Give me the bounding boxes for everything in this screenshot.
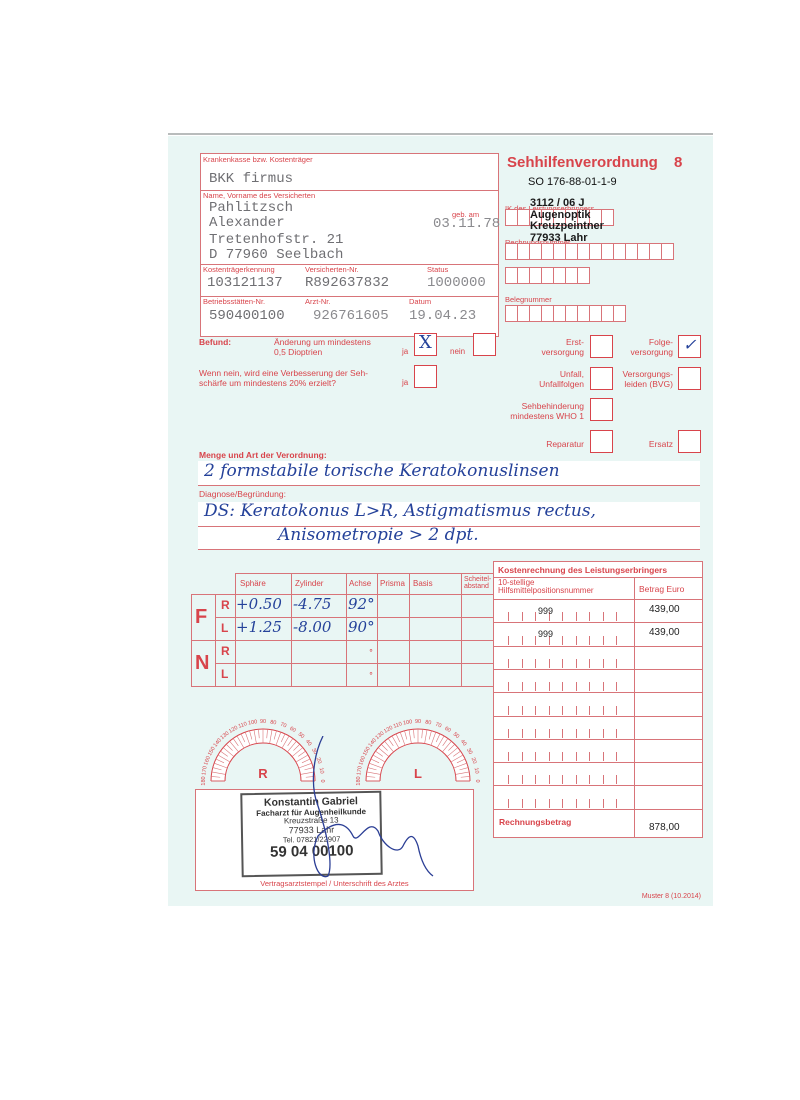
grid-line [494, 669, 702, 670]
digit-tick [589, 659, 590, 668]
digit-tick [562, 706, 563, 715]
grid-line [494, 739, 702, 740]
cylinder-value: -4.75 [293, 597, 331, 612]
digit-tick [549, 752, 550, 761]
label-line: Ersatz [649, 439, 673, 449]
unfall-checkbox[interactable] [590, 367, 613, 390]
digit-tick [589, 775, 590, 784]
digit-tick [522, 752, 523, 761]
digit-tick [549, 706, 550, 715]
digit-tick [535, 706, 536, 715]
payer-id-value: 103121137 [207, 276, 283, 290]
digit-tick [603, 729, 604, 738]
q1-yes-checkbox[interactable]: X [414, 333, 437, 356]
insurer-label: Krankenkasse bzw. Kostenträger [203, 156, 313, 164]
grid-line [494, 762, 702, 763]
digit-tick [535, 682, 536, 691]
column-header: Scheitel-abstand [464, 576, 494, 590]
form-version: Muster 8 (10.2014) [642, 893, 701, 900]
label-line: Unfallfolgen [539, 379, 584, 389]
svg-text:10: 10 [473, 767, 480, 774]
digit-tick [535, 752, 536, 761]
diagnosis-field-line1[interactable]: DS: Keratokonus L>R, Astigmatismus rectu… [198, 502, 700, 527]
digit-tick [603, 706, 604, 715]
label-line: Reparatur [546, 439, 584, 449]
digit-tick [562, 799, 563, 808]
total-value: 878,00 [649, 822, 680, 833]
digit-tick [576, 799, 577, 808]
digit-tick [603, 682, 604, 691]
provider-stamp: 3112 / 06 J Augenoptik Kreuzpeintner 779… [530, 198, 604, 244]
digit-tick [576, 682, 577, 691]
erstversorgung-checkbox[interactable] [590, 335, 613, 358]
date-value: 19.04.23 [409, 309, 476, 323]
group-label: F [195, 606, 207, 629]
svg-text:40: 40 [459, 739, 468, 748]
svg-text:R: R [258, 766, 268, 781]
column-header: Prisma [380, 579, 405, 588]
city: D 77960 Seelbach [209, 248, 343, 262]
digit-tick [589, 729, 590, 738]
provider-stamp-line: 77933 Lahr [530, 233, 604, 245]
site-no-label: Betriebsstätten-Nr. [203, 298, 265, 306]
digit-tick [589, 682, 590, 691]
digit-tick [603, 636, 604, 645]
q2-yes-checkbox[interactable] [414, 365, 437, 388]
grid-line [494, 716, 702, 717]
group-label: N [195, 652, 209, 675]
insured-no-value: R892637832 [305, 276, 389, 290]
invoice-digit-boxes-row2[interactable] [505, 267, 590, 284]
cost-title: Kostenrechnung des Leistungserbringers [498, 565, 667, 575]
grid-line [494, 622, 702, 623]
street: Tretenhofstr. 21 [209, 233, 343, 247]
digit-tick [508, 752, 509, 761]
digit-tick [562, 659, 563, 668]
digit-tick [576, 612, 577, 621]
grid-line [191, 686, 493, 687]
svg-text:110: 110 [393, 721, 403, 730]
label-line: Sehbehinderung [510, 401, 584, 411]
diagnosis-field-line2[interactable]: Anisometropie > 2 dpt. [198, 527, 700, 550]
digit-tick [549, 659, 550, 668]
svg-text:180: 180 [201, 776, 207, 785]
provider-stamp-line: Kreuzpeintner [530, 221, 604, 233]
unfall-label: Unfall,Unfallfolgen [539, 369, 584, 389]
digit-tick [549, 729, 550, 738]
grid-line [409, 573, 410, 686]
eye-label: R [221, 598, 230, 612]
grid-line [291, 573, 292, 686]
digit-tick [535, 612, 536, 621]
digit-tick [522, 636, 523, 645]
grid-line [191, 640, 493, 641]
digit-tick [616, 799, 617, 808]
digit-tick [562, 682, 563, 691]
digit-tick [576, 752, 577, 761]
digit-tick [549, 775, 550, 784]
befund-q2-line: schärfe um mindestens 20% erzielt? [199, 378, 368, 388]
who-checkbox[interactable] [590, 398, 613, 421]
grid-line [377, 573, 378, 686]
digit-tick [562, 752, 563, 761]
digit-tick [535, 659, 536, 668]
q1-yes-label: ja [402, 347, 408, 356]
quantity-value: 2 formstabile torische Keratokonuslinsen [204, 463, 560, 480]
svg-text:30: 30 [465, 747, 473, 755]
erst-label: Erst-versorgung [541, 337, 584, 357]
eye-label: L [221, 667, 228, 681]
doctor-signature [288, 736, 448, 886]
cost-col1-header: 10-stelligeHilfsmittelpositionsnummer [498, 579, 594, 596]
digit-tick [589, 612, 590, 621]
digit-tick [522, 659, 523, 668]
svg-text:110: 110 [238, 721, 248, 730]
diagnosis-line1: DS: Keratokonus L>R, Astigmatismus rectu… [204, 503, 596, 520]
svg-text:90: 90 [415, 719, 421, 725]
eye-label: R [221, 644, 230, 658]
cost-table: Kostenrechnung des Leistungserbringers10… [493, 561, 703, 838]
digit-tick [562, 612, 563, 621]
form-title: Sehhilfenverordnung [507, 154, 658, 171]
label-line: Versorgungs- [622, 369, 673, 379]
axis-value: ° [369, 666, 373, 681]
payer-id-label: Kostenträgerkennung [203, 266, 275, 274]
dob-value: 03.11.78 [433, 217, 500, 231]
reparatur-checkbox[interactable] [590, 430, 613, 453]
diagnosis-line2: Anisometropie > 2 dpt. [278, 527, 479, 544]
svg-text:120: 120 [383, 725, 394, 735]
grid-line [634, 577, 635, 837]
digit-tick [522, 775, 523, 784]
label-line: versorgung [630, 347, 673, 357]
first-name: Alexander [209, 216, 285, 230]
bvg-checkbox[interactable] [678, 367, 701, 390]
svg-text:80: 80 [270, 719, 277, 726]
sphere-value: +0.50 [236, 597, 282, 612]
svg-text:50: 50 [452, 732, 461, 741]
digit-tick [508, 706, 509, 715]
label-line: mindestens WHO 1 [510, 411, 584, 421]
quantity-field[interactable]: 2 formstabile torische Keratokonuslinsen [198, 461, 700, 486]
digit-tick [522, 612, 523, 621]
label-line: Folge- [630, 337, 673, 347]
grid-line [494, 646, 702, 647]
digit-tick [603, 659, 604, 668]
ersatz-label: Ersatz [649, 439, 673, 449]
diagnosis-label: Diagnose/Begründung: [199, 489, 286, 499]
grid-line [346, 573, 347, 686]
prescription-form: Krankenkasse bzw. Kostenträger BKK firmu… [168, 136, 713, 906]
form-number: 8 [674, 154, 682, 171]
digit-tick [562, 636, 563, 645]
q1-no-label: nein [450, 347, 465, 356]
total-label: Rechnungsbetrag [499, 817, 571, 827]
befund-q2-line: Wenn nein, wird eine Verbesserung der Se… [199, 368, 368, 378]
digit-tick [576, 729, 577, 738]
bvg-label: Versorgungs-leiden (BVG) [622, 369, 673, 389]
amount-value: 439,00 [649, 604, 680, 615]
digit-tick [576, 659, 577, 668]
label-line: Erst- [541, 337, 584, 347]
axis-value: 92° [348, 597, 375, 612]
digit-tick [562, 729, 563, 738]
digit-tick [508, 682, 509, 691]
position-number: 999 [538, 629, 553, 639]
befund-title: Befund: [199, 337, 231, 347]
digit-tick [535, 729, 536, 738]
ersatz-checkbox[interactable] [678, 430, 701, 453]
who-label: Sehbehinderungmindestens WHO 1 [510, 401, 584, 421]
grid-line [235, 573, 493, 574]
befund-q1-line: 0,5 Dioptrien [274, 347, 371, 357]
digit-tick [576, 706, 577, 715]
svg-text:120: 120 [228, 725, 239, 735]
befund-q1-line: Änderung um mindestens [274, 337, 371, 347]
q2-yes-label: ja [402, 378, 408, 387]
grid-line [494, 785, 702, 786]
svg-text:70: 70 [279, 722, 287, 730]
digit-tick [508, 659, 509, 668]
svg-text:70: 70 [434, 722, 442, 730]
grid-line [191, 594, 192, 686]
digit-tick [549, 799, 550, 808]
digit-tick [589, 636, 590, 645]
status-label: Status [427, 266, 448, 274]
digit-tick [522, 682, 523, 691]
svg-text:170: 170 [201, 766, 209, 776]
eye-label: L [221, 621, 228, 635]
provider-stamp-line: 3112 / 06 J [530, 198, 604, 210]
site-no-value: 590400100 [209, 309, 285, 323]
digit-tick [576, 636, 577, 645]
grid-line [461, 573, 462, 686]
digit-tick [603, 775, 604, 784]
digit-tick [522, 799, 523, 808]
grid-line [494, 692, 702, 693]
folgeversorgung-checkbox[interactable]: ✓ [678, 335, 701, 358]
receipt-digit-boxes[interactable] [505, 305, 626, 322]
insured-label: Name, Vorname des Versicherten [203, 192, 315, 200]
grid-line [215, 594, 216, 686]
digit-tick [508, 636, 509, 645]
doctor-no-value: 926761605 [313, 309, 389, 323]
grid-line [494, 809, 702, 810]
column-header: Basis [413, 579, 433, 588]
digit-tick [522, 706, 523, 715]
grid-line [494, 599, 702, 600]
digit-tick [616, 706, 617, 715]
label-line: versorgung [541, 347, 584, 357]
receipt-label: Belegnummer [505, 296, 552, 304]
axis-value: 90° [348, 620, 375, 635]
cylinder-value: -8.00 [293, 620, 331, 635]
position-number: 999 [538, 606, 553, 616]
status-value: 1000000 [427, 276, 486, 290]
digit-tick [535, 799, 536, 808]
patient-header-box: Krankenkasse bzw. Kostenträger BKK firmu… [200, 153, 499, 337]
digit-tick [508, 612, 509, 621]
refraction-table: SphäreZylinderAchsePrismaBasisScheitel-a… [191, 573, 493, 686]
folge-label: Folge-versorgung [630, 337, 673, 357]
last-name: Pahlitzsch [209, 201, 293, 215]
svg-text:100: 100 [403, 719, 413, 727]
digit-tick [576, 775, 577, 784]
sphere-value: +1.25 [236, 620, 282, 635]
digit-tick [522, 729, 523, 738]
axis-value: ° [369, 643, 373, 658]
digit-tick [508, 775, 509, 784]
digit-tick [535, 636, 536, 645]
svg-text:90: 90 [260, 719, 266, 725]
befund-q1-text: Änderung um mindestens 0,5 Dioptrien [274, 337, 371, 357]
digit-tick [508, 729, 509, 738]
digit-tick [603, 799, 604, 808]
insurer-value: BKK firmus [209, 172, 293, 186]
digit-tick [589, 706, 590, 715]
svg-text:60: 60 [288, 726, 296, 734]
grid-line [215, 663, 493, 664]
date-label: Datum [409, 298, 431, 306]
q1-no-checkbox[interactable] [473, 333, 496, 356]
svg-text:80: 80 [425, 719, 432, 726]
svg-text:0: 0 [474, 779, 480, 782]
digit-tick [535, 775, 536, 784]
column-header: Sphäre [240, 579, 266, 588]
digit-tick [616, 682, 617, 691]
digit-tick [549, 682, 550, 691]
digit-tick [589, 752, 590, 761]
column-header: Zylinder [295, 579, 323, 588]
code-line: SO 176-88-01-1-9 [528, 176, 617, 188]
befund-q2-text: Wenn nein, wird eine Verbesserung der Se… [199, 368, 368, 388]
insured-no-label: Versicherten-Nr. [305, 266, 359, 274]
svg-text:100: 100 [248, 719, 258, 727]
digit-tick [508, 799, 509, 808]
invoice-digit-boxes-row1[interactable] [505, 243, 674, 260]
digit-tick [616, 612, 617, 621]
digit-tick [603, 752, 604, 761]
digit-tick [616, 775, 617, 784]
reparatur-label: Reparatur [546, 439, 584, 449]
digit-tick [603, 612, 604, 621]
digit-tick [562, 775, 563, 784]
column-header: Achse [349, 579, 371, 588]
paper-top-edge [168, 133, 713, 135]
digit-tick [616, 729, 617, 738]
doctor-no-label: Arzt-Nr. [305, 298, 330, 306]
cost-col2-header: Betrag Euro [639, 584, 684, 594]
quantity-label: Menge und Art der Verordnung: [199, 450, 327, 460]
digit-tick [589, 799, 590, 808]
digit-tick [616, 659, 617, 668]
svg-text:60: 60 [443, 726, 451, 734]
digit-tick [616, 752, 617, 761]
label-line: Unfall, [539, 369, 584, 379]
svg-text:20: 20 [470, 757, 478, 765]
digit-tick [616, 636, 617, 645]
label-line: leiden (BVG) [622, 379, 673, 389]
amount-value: 439,00 [649, 627, 680, 638]
